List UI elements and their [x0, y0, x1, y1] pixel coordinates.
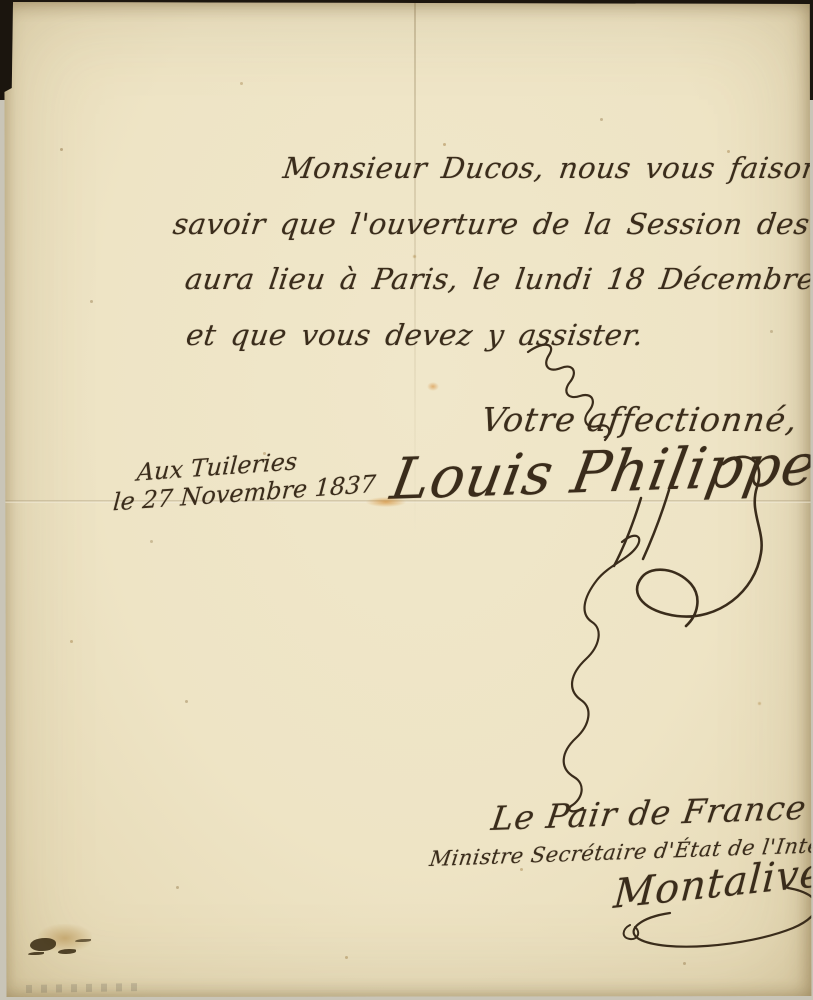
- descending-wave-flourish-icon: [564, 536, 640, 812]
- place-date-block: Aux Tuileries le 27 Novembre 1837: [112, 442, 379, 517]
- letter-body-line-3: aura lieu à Paris, le lundi 18 Décembre …: [183, 262, 813, 296]
- foxing-spots: [443, 143, 446, 146]
- ink-smear: [366, 497, 406, 507]
- letter-page: Monsieur Ducos, nous vous faisons savoir…: [0, 0, 813, 1000]
- countersign-title: Le Pair de France: [489, 788, 809, 838]
- pencil-marks: [26, 983, 146, 993]
- scanned-letter: Monsieur Ducos, nous vous faisons savoir…: [0, 0, 813, 1000]
- paraph-slash-icon: [614, 498, 641, 566]
- foxing-spot: [427, 382, 439, 391]
- letter-body-line-2: savoir que l'ouverture de la Session des…: [171, 207, 813, 241]
- letter-body-line-1: Monsieur Ducos, nous vous faisons: [281, 151, 813, 185]
- countersign-flourish-icon: [624, 925, 639, 939]
- letter-body-line-4: et que vous devez y assister.: [184, 318, 646, 352]
